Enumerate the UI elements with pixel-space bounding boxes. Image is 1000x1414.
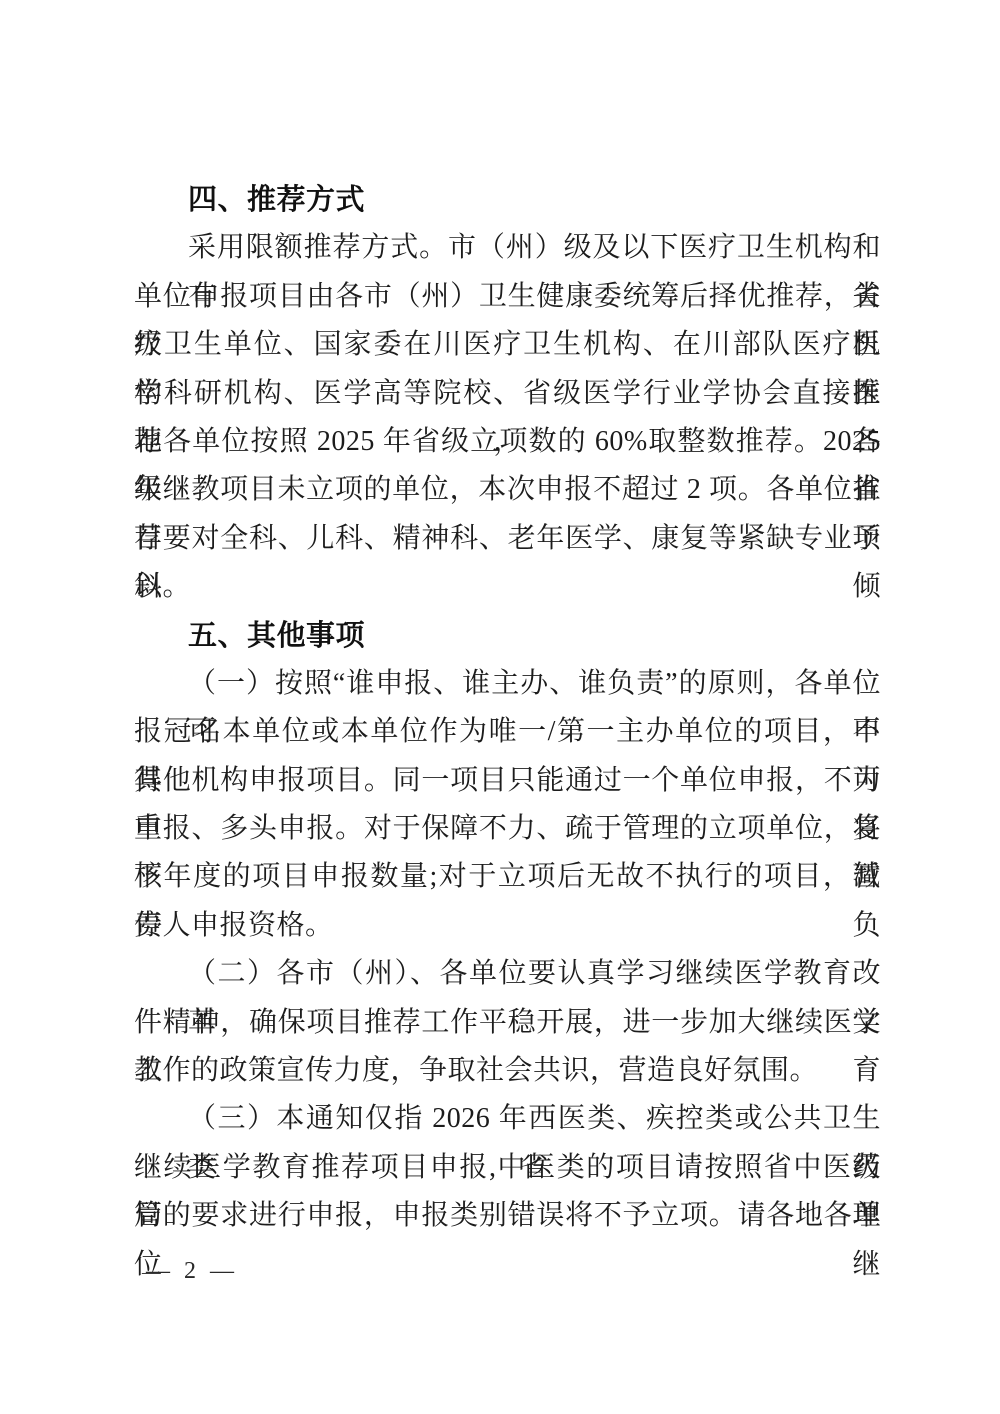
body-line: 继续医学教育推荐项目申报,中医类的项目请按照省中医药管理	[134, 1144, 881, 1192]
body-line: 申报、多头申报。对于保障不力、疏于管理的立项单位，将核减	[134, 805, 881, 853]
body-line: （三）本通知仅指 2026 年西医类、疾控类或公共卫生类省级	[134, 1095, 881, 1143]
body-line: 地各单位按照 2025 年省级立项数的 60%取整数推荐。2025 年省	[134, 418, 881, 466]
section-heading-5: 五、其他事项	[134, 612, 881, 660]
body-line: （一）按照“谁申报、谁主办、谁负责”的原则，各单位可申	[134, 660, 881, 708]
section-heading-4: 四、推荐方式	[134, 176, 881, 224]
body-line: 目要对全科、儿科、精神科、老年医学、康复等紧缺专业予以倾	[134, 515, 881, 563]
body-line: 采用限额推荐方式。市（州）级及以下医疗卫生机构和有关	[134, 224, 881, 272]
document-page: 四、推荐方式 采用限额推荐方式。市（州）级及以下医疗卫生机构和有关 单位申报项目…	[0, 0, 1000, 1414]
body-line: 工作的政策宣传力度，争取社会共识，营造良好氛围。	[134, 1047, 881, 1095]
body-line: 局的要求进行申报，申报类别错误将不予立项。请各地各单位继	[134, 1192, 881, 1240]
body-line: 级继教项目未立项的单位，本次申报不超过 2 项。各单位推荐项	[134, 466, 881, 514]
body-line: 其他机构申报项目。同一项目只能通过一个单位申报，不可重复	[134, 757, 881, 805]
body-line: 件精神，确保项目推荐工作平稳开展，进一步加大继续医学教育	[134, 999, 881, 1047]
body-line: 报冠名本单位或本单位作为唯一/第一主办单位的项目，不得为	[134, 708, 881, 756]
page-number: — 2 —	[146, 1258, 238, 1285]
body-line: 疗卫生单位、国家委在川医疗卫生机构、在川部队医疗机构、医	[134, 321, 881, 369]
body-line: （二）各市（州）、各单位要认真学习继续医学教育改革文	[134, 950, 881, 998]
body-line: 单位申报项目由各市（州）卫生健康委统筹后择优推荐，省级医	[134, 273, 881, 321]
body-line: 学科研机构、医学高等院校、省级医学行业学协会直接推荐，各	[134, 370, 881, 418]
body-line: 下年度的项目申报数量;对于立项后无故不执行的项目，暂停负	[134, 853, 881, 901]
document-body: 四、推荐方式 采用限额推荐方式。市（州）级及以下医疗卫生机构和有关 单位申报项目…	[134, 176, 881, 1241]
